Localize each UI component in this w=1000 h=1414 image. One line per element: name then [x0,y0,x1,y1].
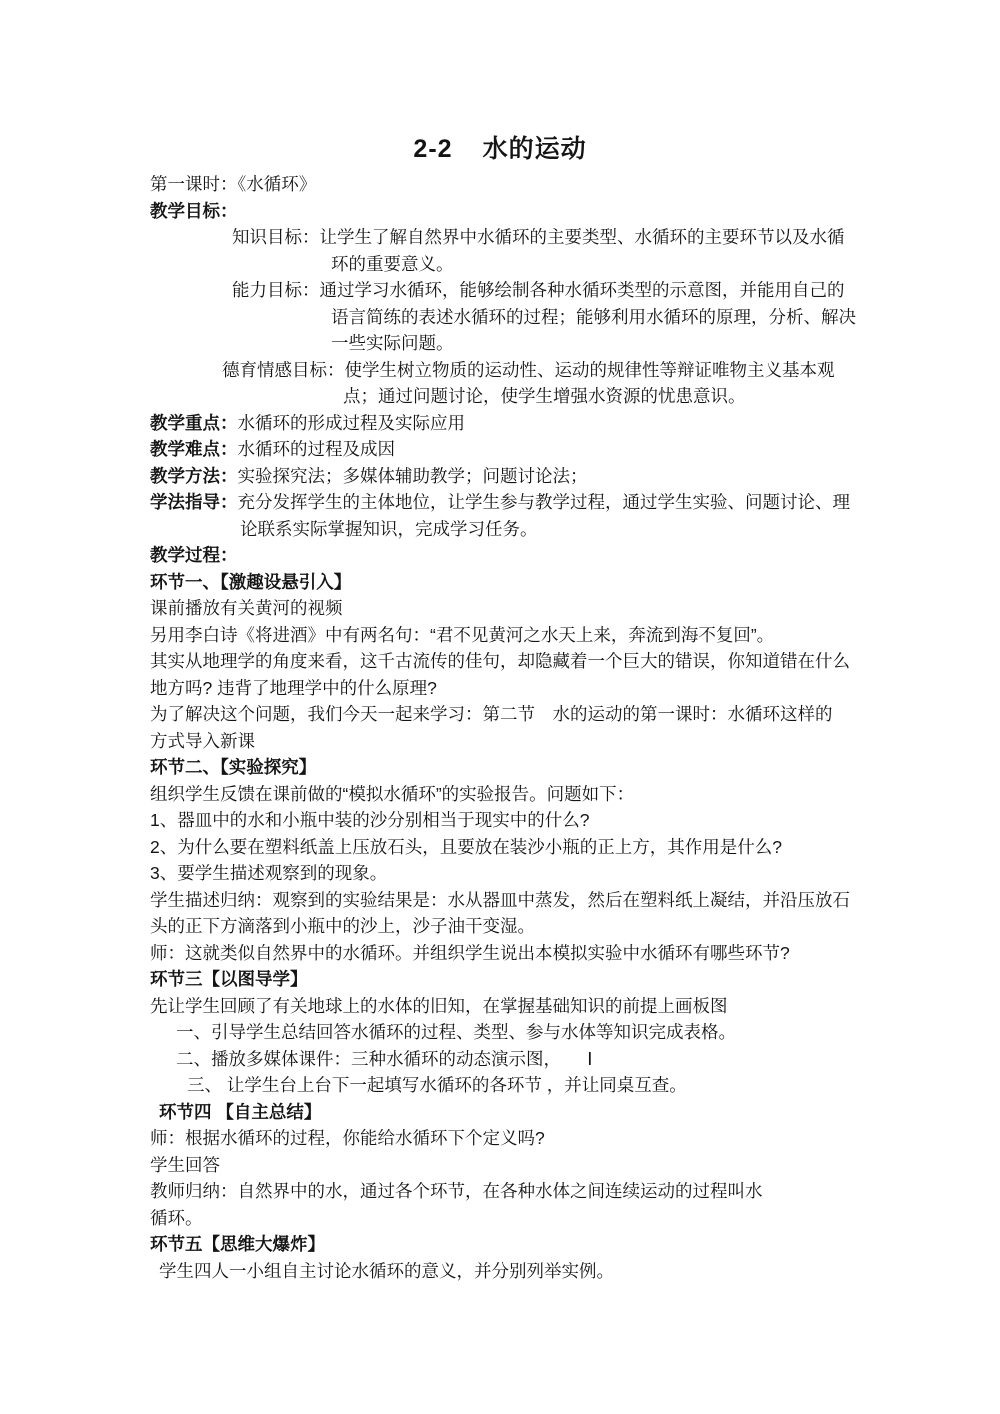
text-line: 先让学生回顾了有关地球上的水体的旧知，在掌握基础知识的前提上画板图 [150,993,862,1020]
text-line: 3、要学生描述观察到的现象。 [150,860,862,887]
line-text: 课前播放有关黄河的视频 [150,598,343,618]
line-text: 2、为什么要在塑料纸盖上压放石头，且要放在装沙小瓶的正上方，其作用是什么? [150,837,782,857]
text-line: 第一课时：《水循环》 [150,171,862,198]
section-heading-line: 环节五【思维大爆炸】 [150,1231,862,1258]
line-text: 1、器皿中的水和小瓶中装的沙分别相当于现实中的什么? [150,810,589,830]
text-line: 师：这就类似自然界中的水循环。并组织学生说出本模拟实验中水循环有哪些环节? [150,940,862,967]
document-page: 2-2水的运动 第一课时：《水循环》教学目标：知识目标：让学生了解自然界中水循环… [0,0,1000,1414]
text-line: 学生描述归纳：观察到的实验结果是：水从器皿中蒸发，然后在塑料纸上凝结，并沿压放石 [150,887,862,914]
text-line: 其实从地理学的角度来看，这千古流传的佳句，却隐藏着一个巨大的错误，你知道错在什么 [150,648,862,675]
line-text: 教师归纳：自然界中的水，通过各个环节，在各种水体之间连续运动的过程叫水 [150,1181,763,1201]
text-line: 德育情感目标：使学生树立物质的运动性、运动的规律性等辩证唯物主义基本观 [222,357,862,384]
line-text: 环节一、【激趣设悬引入】 [150,572,351,592]
line-text: 环节四 【自主总结】 [159,1102,321,1122]
line-text: 学生回答 [150,1155,220,1175]
section-heading-line: 环节一、【激趣设悬引入】 [150,569,862,596]
section-heading-line: 环节四 【自主总结】 [159,1099,862,1126]
document-body: 第一课时：《水循环》教学目标：知识目标：让学生了解自然界中水循环的主要类型、水循… [150,171,862,1284]
line-text: 二、播放多媒体课件：三种水循环的动态演示图， Ⅰ [176,1049,592,1069]
text-line: 教学难点：水循环的过程及成因 [150,436,862,463]
text-line: 头的正下方滴落到小瓶中的沙上，沙子油干变湿。 [150,913,862,940]
text-line: 2、为什么要在塑料纸盖上压放石头，且要放在装沙小瓶的正上方，其作用是什么? [150,834,862,861]
line-text: 学生描述归纳：观察到的实验结果是：水从器皿中蒸发，然后在塑料纸上凝结，并沿压放石 [150,890,850,910]
text-line: 论联系实际掌握知识，完成学习任务。 [240,516,862,543]
title-section-number: 2-2 [413,135,452,163]
line-text: 水循环的形成过程及实际应用 [238,413,466,433]
line-text: 实验探究法；多媒体辅助教学；问题讨论法； [238,466,588,486]
field-label: 教学重点： [150,413,238,433]
text-line: 学法指导：充分发挥学生的主体地位，让学生参与教学过程，通过学生实验、问题讨论、理 [150,489,862,516]
text-line: 1、器皿中的水和小瓶中装的沙分别相当于现实中的什么? [150,807,862,834]
line-text: 另用李白诗《将进酒》中有两名句：“君不见黄河之水天上来，奔流到海不复回”。 [150,625,774,645]
line-text: 三、 让学生台上台下一起填写水循环的各环节 ，并让同桌互查。 [187,1075,687,1095]
text-line: 教学方法：实验探究法；多媒体辅助教学；问题讨论法； [150,463,862,490]
text-line: 学生回答 [150,1152,862,1179]
line-text: 组织学生反馈在课前做的“模拟水循环”的实验报告。问题如下： [150,784,634,804]
text-line: 地方吗? 违背了地理学中的什么原理? [150,675,862,702]
line-text: 语言简练的表述水循环的过程；能够利用水循环的原理，分析、解决 [331,307,856,327]
line-text: 知识目标：让学生了解自然界中水循环的主要类型、水循环的主要环节以及水循 [232,227,845,247]
text-line: 课前播放有关黄河的视频 [150,595,862,622]
section-heading-line: 教学目标： [150,198,862,225]
line-text: 师：这就类似自然界中的水循环。并组织学生说出本模拟实验中水循环有哪些环节? [150,943,790,963]
line-text: 学生四人一小组自主讨论水循环的意义，并分别列举实例。 [159,1261,614,1281]
section-heading-line: 教学过程： [150,542,862,569]
text-line: 学生四人一小组自主讨论水循环的意义，并分别列举实例。 [159,1258,862,1285]
section-heading-line: 环节二、【实验探究】 [150,754,862,781]
line-text: 3、要学生描述观察到的现象。 [150,863,387,883]
text-line: 教师归纳：自然界中的水，通过各个环节，在各种水体之间连续运动的过程叫水 [150,1178,862,1205]
text-line: 组织学生反馈在课前做的“模拟水循环”的实验报告。问题如下： [150,781,862,808]
line-text: 其实从地理学的角度来看，这千古流传的佳句，却隐藏着一个巨大的错误，你知道错在什么 [150,651,850,671]
text-line: 点；通过问题讨论，使学生增强水资源的忧患意识。 [343,383,862,410]
section-heading-line: 环节三【以图导学】 [150,966,862,993]
line-text: 先让学生回顾了有关地球上的水体的旧知，在掌握基础知识的前提上画板图 [150,996,728,1016]
line-text: 循环。 [150,1208,203,1228]
field-label: 学法指导： [150,492,238,512]
text-line: 二、播放多媒体课件：三种水循环的动态演示图， Ⅰ [176,1046,862,1073]
line-text: 教学目标： [150,201,238,221]
line-text: 教学过程： [150,545,238,565]
text-line: 知识目标：让学生了解自然界中水循环的主要类型、水循环的主要环节以及水循 [232,224,862,251]
text-line: 能力目标：通过学习水循环，能够绘制各种水循环类型的示意图，并能用自己的 [232,277,862,304]
text-line: 一、引导学生总结回答水循环的过程、类型、参与水体等知识完成表格。 [176,1019,862,1046]
text-line: 另用李白诗《将进酒》中有两名句：“君不见黄河之水天上来，奔流到海不复回”。 [150,622,862,649]
line-text: 充分发挥学生的主体地位，让学生参与教学过程，通过学生实验、问题讨论、理 [238,492,851,512]
text-line: 为了解决这个问题，我们今天一起来学习：第二节 水的运动的第一课时：水循环这样的 [150,701,862,728]
line-text: 德育情感目标：使学生树立物质的运动性、运动的规律性等辩证唯物主义基本观 [222,360,835,380]
line-text: 师：根据水循环的过程，你能给水循环下个定义吗? [150,1128,545,1148]
line-text: 环节三【以图导学】 [150,969,308,989]
text-line: 环的重要意义。 [331,251,862,278]
field-label: 教学方法： [150,466,238,486]
line-text: 环节二、【实验探究】 [150,757,316,777]
line-text: 点；通过问题讨论，使学生增强水资源的忧患意识。 [343,386,746,406]
line-text: 能力目标：通过学习水循环，能够绘制各种水循环类型的示意图，并能用自己的 [232,280,845,300]
text-line: 语言简练的表述水循环的过程；能够利用水循环的原理，分析、解决 [331,304,862,331]
title-text: 水的运动 [483,135,587,163]
text-line: 师：根据水循环的过程，你能给水循环下个定义吗? [150,1125,862,1152]
text-line: 循环。 [150,1205,862,1232]
line-text: 方式导入新课 [150,731,255,751]
line-text: 水循环的过程及成因 [238,439,396,459]
text-line: 一些实际问题。 [331,330,862,357]
text-line: 方式导入新课 [150,728,862,755]
field-label: 教学难点： [150,439,238,459]
line-text: 环节五【思维大爆炸】 [150,1234,325,1254]
line-text: 为了解决这个问题，我们今天一起来学习：第二节 水的运动的第一课时：水循环这样的 [150,704,833,724]
text-line: 三、 让学生台上台下一起填写水循环的各环节 ，并让同桌互查。 [187,1072,862,1099]
page-title: 2-2水的运动 [0,129,1000,165]
line-text: 头的正下方滴落到小瓶中的沙上，沙子油干变湿。 [150,916,535,936]
line-text: 地方吗? 违背了地理学中的什么原理? [150,678,437,698]
line-text: 环的重要意义。 [331,254,454,274]
line-text: 一些实际问题。 [331,333,454,353]
line-text: 论联系实际掌握知识，完成学习任务。 [240,519,538,539]
line-text: 第一课时：《水循环》 [150,174,316,194]
line-text: 一、引导学生总结回答水循环的过程、类型、参与水体等知识完成表格。 [176,1022,736,1042]
text-line: 教学重点：水循环的形成过程及实际应用 [150,410,862,437]
